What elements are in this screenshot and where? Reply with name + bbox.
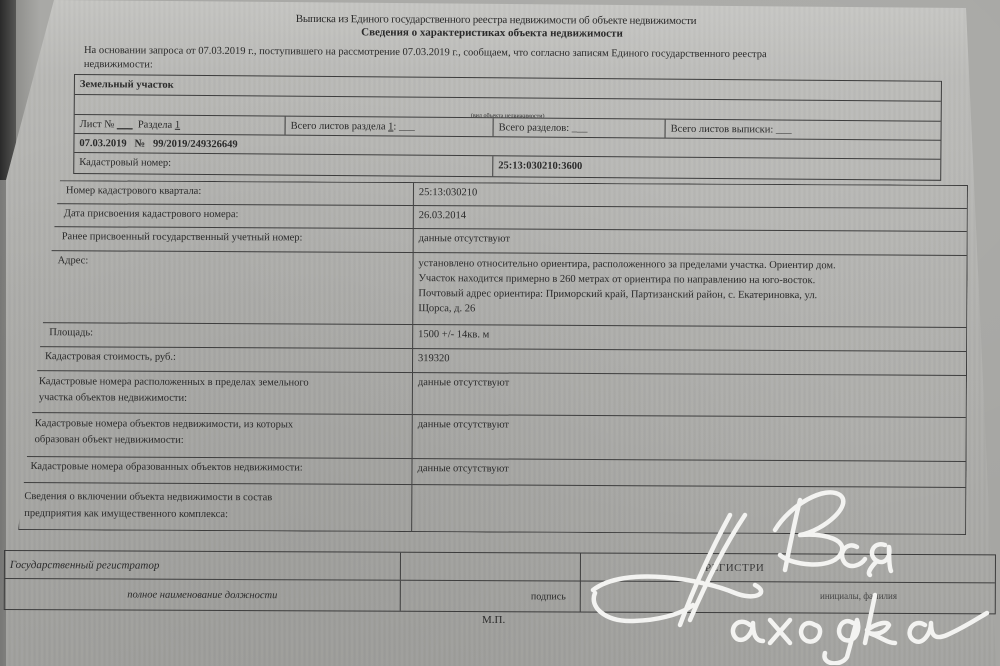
address-value: установлено относительно ориентира, расп…: [412, 253, 966, 327]
row-label: Кадастровые номера образованных объектов…: [25, 457, 411, 484]
cadastral-number-label: Кадастровый номер:: [74, 153, 492, 176]
row-value: 25:13:030210: [413, 183, 967, 208]
row-value: [411, 485, 965, 534]
row-value: данные отсутствуют: [411, 459, 965, 487]
row-label: Адрес:: [52, 251, 412, 324]
sheet-label: Лист №: [80, 119, 115, 130]
table-row: Сведения о включении объекта недвижимост…: [19, 483, 965, 534]
address-line-4: Щорса, д. 26: [418, 301, 961, 319]
cadastral-number-value: 25:13:030210:3600: [492, 156, 940, 180]
sheet-section-cell: Лист № ___ Раздела 1: [75, 115, 285, 135]
extract-number: 99/2019/249326649: [153, 139, 238, 151]
registrar-row: Государственный регистратор: [5, 551, 995, 583]
row-value: 1500 +/- 14кв. м: [412, 325, 966, 351]
row-label: Дата присвоения кадастрового номера:: [59, 204, 413, 228]
number-sign: №: [135, 138, 146, 149]
row-label: Кадастровые номера объектов недвижимости…: [30, 413, 412, 458]
section-sheets-suffix: : ___: [393, 122, 414, 133]
section-value: 1: [175, 120, 180, 131]
section-sheets-label: Всего листов раздела: [291, 121, 386, 133]
table-row-address: Адрес: установлено относительно ориентир…: [20, 251, 966, 328]
section-sheets-cell: Всего листов раздела 1: ___: [285, 117, 493, 137]
table-row: Кадастровые номера расположенных в преде…: [20, 371, 966, 418]
initials-cell: [580, 582, 995, 614]
address-line-3: Почтовый адрес ориентира: Приморский кра…: [418, 286, 961, 304]
row-value: данные отсутствуют: [413, 229, 967, 255]
name-field: [580, 554, 995, 583]
stamp-partial-text: РЕГИСТРИ: [705, 562, 764, 574]
total-sheets-label: Всего листов выписки:: [671, 124, 774, 136]
section-label: Раздела: [138, 120, 172, 131]
row-value: данные отсутствуют: [412, 373, 966, 417]
header-table: Земельный участок (вид объекта недвижимо…: [73, 74, 942, 181]
row-value: 26.03.2014: [413, 206, 967, 231]
total-sheets-cell: Всего листов выписки: ___: [665, 120, 941, 140]
total-sections-value: ___: [572, 123, 588, 134]
row-label: Номер кадастрового квартала:: [61, 181, 413, 205]
row-label-line: образован объект недвижимости:: [35, 432, 407, 450]
row-label-line: предприятия как имущественного комплекса…: [24, 505, 406, 524]
total-sections-label: Всего разделов:: [499, 122, 570, 134]
row-label: Кадастровая стоимость, руб.:: [40, 347, 412, 372]
seal-place: М.П.: [482, 614, 505, 626]
row-label: Площадь:: [44, 323, 412, 348]
extract-date: 07.03.2019: [79, 138, 126, 149]
characteristics-table: Номер кадастрового квартала: 25:13:03021…: [18, 180, 968, 535]
signature-field: [400, 553, 580, 581]
signature-table: Государственный регистратор полное наиме…: [4, 550, 996, 614]
row-label: Ранее присвоенный государственный учетны…: [57, 227, 413, 252]
total-sheets-value: ___: [776, 125, 792, 136]
table-row: Кадастровые номера объектов недвижимости…: [20, 413, 966, 462]
row-label: Кадастровые номера расположенных в преде…: [34, 371, 412, 414]
row-value: данные отсутствуют: [412, 415, 966, 461]
initials-caption: инициалы, фамилия: [820, 591, 897, 601]
row-label-line: участка объектов недвижимости:: [39, 390, 407, 408]
intro-paragraph: На основании запроса от 07.03.2019 г., п…: [84, 44, 904, 77]
row-label-line: Сведения о включении объекта недвижимост…: [24, 488, 406, 507]
row-label: Сведения о включении объекта недвижимост…: [19, 483, 411, 531]
signature-caption: подпись: [400, 581, 580, 612]
total-sections-cell: Всего разделов: ___: [493, 118, 665, 137]
row-label-line: Кадастровые номера объектов недвижимости…: [35, 416, 407, 434]
row-label-line: Кадастровые номера расположенных в преде…: [39, 374, 407, 392]
sheet-value: ___: [117, 119, 133, 130]
position-caption: полное наименование должности: [5, 579, 400, 611]
registrar-label: Государственный регистратор: [5, 551, 400, 580]
row-value: 319320: [412, 349, 966, 375]
